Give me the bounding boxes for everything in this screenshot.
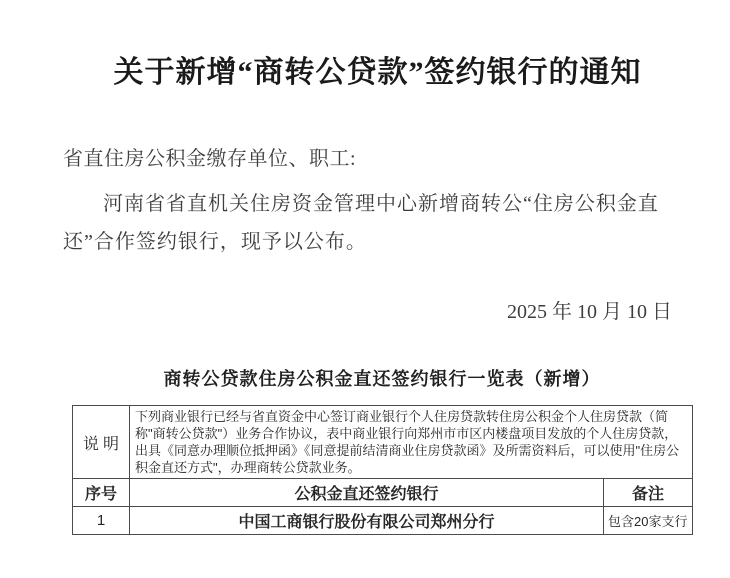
header-remark: 备注 <box>604 479 693 507</box>
table-title: 商转公贷款住房公积金直还签约银行一览表（新增） <box>72 367 692 392</box>
note-text-cell: 下列商业银行已经与省直资金中心签订商业银行个人住房贷款转住房公积金个人住房贷款（… <box>130 406 693 479</box>
notice-title: 关于新增“商转公贷款”签约银行的通知 <box>63 52 692 94</box>
body-line-2: 还”合作签约银行，现予以公布。 <box>63 223 692 261</box>
note-label: 说明 <box>73 406 130 479</box>
signed-banks-table: 说明 下列商业银行已经与省直资金中心签订商业银行个人住房贷款转住房公积金个人住房… <box>72 405 693 535</box>
note-row: 说明 下列商业银行已经与省直资金中心签订商业银行个人住房贷款转住房公积金个人住房… <box>73 406 693 479</box>
cell-index: 1 <box>73 507 130 535</box>
table-row: 1 中国工商银行股份有限公司郑州分行 包含20家支行 <box>73 507 693 535</box>
body-line-1: 河南省省直机关住房资金管理中心新增商转公“住房公积金直 <box>63 185 692 223</box>
cell-bank-name: 中国工商银行股份有限公司郑州分行 <box>130 507 604 535</box>
notice-page: 关于新增“商转公贷款”签约银行的通知 省直住房公积金缴存单位、职工: 河南省省直… <box>0 0 730 578</box>
header-bank: 公积金直还签约银行 <box>130 479 604 507</box>
note-text: 下列商业银行已经与省直资金中心签订商业银行个人住房贷款转住房公积金个人住房贷款（… <box>130 406 692 478</box>
header-index: 序号 <box>73 479 130 507</box>
notice-body: 河南省省直机关住房资金管理中心新增商转公“住房公积金直 还”合作签约银行，现予以… <box>63 185 692 261</box>
salutation-line: 省直住房公积金缴存单位、职工: <box>63 140 692 178</box>
notice-content: 关于新增“商转公贷款”签约银行的通知 省直住房公积金缴存单位、职工: 河南省省直… <box>0 52 730 535</box>
cell-remark: 包含20家支行 <box>604 507 693 535</box>
table-header-row: 序号 公积金直还签约银行 备注 <box>73 479 693 507</box>
notice-date: 2025 年 10 月 10 日 <box>63 293 672 331</box>
